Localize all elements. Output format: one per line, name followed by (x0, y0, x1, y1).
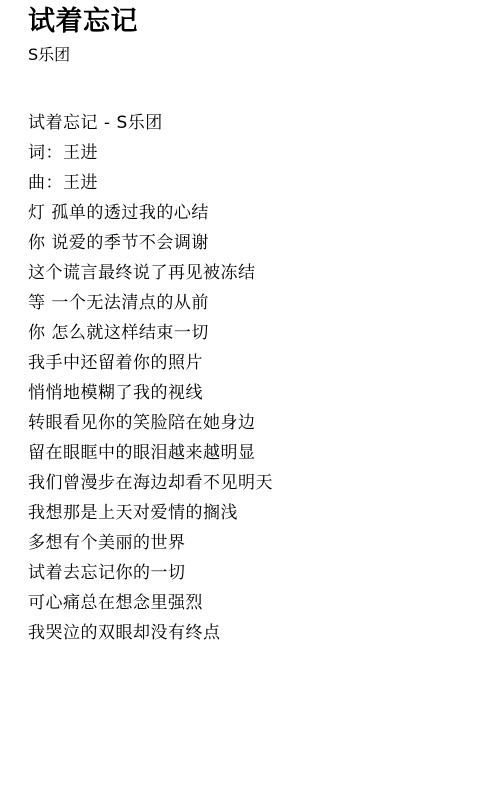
lyric-line: 等 一个无法清点的从前 (28, 288, 476, 318)
lyric-line: 试着去忘记你的一切 (28, 558, 476, 588)
lyric-line: 多想有个美丽的世界 (28, 528, 476, 558)
lyric-line: 你 说爱的季节不会调谢 (28, 228, 476, 258)
lyric-line: 留在眼眶中的眼泪越来越明显 (28, 438, 476, 468)
lyric-line: 我想那是上天对爱情的搁浅 (28, 498, 476, 528)
lyric-line: 我手中还留着你的照片 (28, 348, 476, 378)
lyric-line: 灯 孤单的透过我的心结 (28, 198, 476, 228)
lyric-line: 这个谎言最终说了再见被冻结 (28, 258, 476, 288)
lyric-line: 我哭泣的双眼却没有终点 (28, 618, 476, 648)
lyrics-block: 试着忘记 - S乐团词：王进曲：王进灯 孤单的透过我的心结你 说爱的季节不会调谢… (28, 108, 476, 648)
lyrics-page: 试着忘记 S乐团 试着忘记 - S乐团词：王进曲：王进灯 孤单的透过我的心结你 … (0, 0, 500, 790)
lyric-line: 你 怎么就这样结束一切 (28, 318, 476, 348)
lyric-line: 曲：王进 (28, 168, 476, 198)
song-artist: S乐团 (28, 44, 476, 66)
lyric-line: 可心痛总在想念里强烈 (28, 588, 476, 618)
lyric-line: 我们曾漫步在海边却看不见明天 (28, 468, 476, 498)
lyric-line: 转眼看见你的笑脸陪在她身边 (28, 408, 476, 438)
lyric-line: 词：王进 (28, 138, 476, 168)
song-title: 试着忘记 (28, 4, 476, 40)
lyric-line: 悄悄地模糊了我的视线 (28, 378, 476, 408)
lyric-line: 试着忘记 - S乐团 (28, 108, 476, 138)
